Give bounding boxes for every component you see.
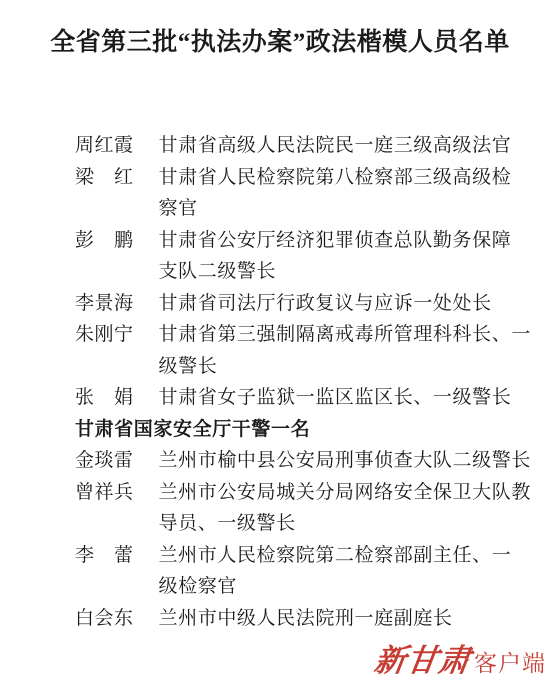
- list-item: 张 娟 甘肃省女子监狱一监区监区长、一级警长: [75, 382, 542, 414]
- person-title: 甘肃省女子监狱一监区监区长、一级警长: [159, 382, 542, 414]
- person-name: 曾祥兵: [75, 477, 134, 509]
- person-title: 兰州市人民检察院第二检察部副主任、一 级检察官: [159, 540, 542, 603]
- section-subheading: 甘肃省国家安全厅干警一名: [75, 414, 542, 446]
- person-name: 周红霞: [75, 130, 134, 162]
- person-title: 兰州市公安局城关分局网络安全保卫大队教 导员、一级警长: [159, 477, 542, 540]
- list-item: 曾祥兵 兰州市公安局城关分局网络安全保卫大队教 导员、一级警长: [75, 477, 542, 540]
- list-item: 梁 红 甘肃省人民检察院第八检察部三级高级检 察官: [75, 162, 542, 225]
- list-item: 李 蕾 兰州市人民检察院第二检察部副主任、一 级检察官: [75, 540, 542, 603]
- honor-list: 周红霞 甘肃省高级人民法院民一庭三级高级法官 梁 红 甘肃省人民检察院第八检察部…: [75, 130, 542, 634]
- client-label: 客户端: [474, 645, 546, 678]
- person-name: 李景海: [75, 288, 134, 320]
- list-item: 朱刚宁 甘肃省第三强制隔离戒毒所管理科科长、一 级警长: [75, 319, 542, 382]
- person-title: 甘肃省高级人民法院民一庭三级高级法官: [159, 130, 542, 162]
- document-page: 全省第三批“执法办案”政法楷模人员名单 周红霞 甘肃省高级人民法院民一庭三级高级…: [0, 0, 560, 690]
- list-item: 金琰雷 兰州市榆中县公安局刑事侦查大队二级警长: [75, 445, 542, 477]
- person-name: 彭 鹏: [75, 225, 134, 257]
- page-title: 全省第三批“执法办案”政法楷模人员名单: [8, 28, 552, 58]
- list-item: 彭 鹏 甘肃省公安厅经济犯罪侦查总队勤务保障 支队二级警长: [75, 225, 542, 288]
- list-item: 周红霞 甘肃省高级人民法院民一庭三级高级法官: [75, 130, 542, 162]
- person-title: 甘肃省第三强制隔离戒毒所管理科科长、一 级警长: [159, 319, 542, 382]
- person-name: 梁 红: [75, 162, 134, 194]
- person-title: 甘肃省人民检察院第八检察部三级高级检 察官: [159, 162, 542, 225]
- person-title: 甘肃省公安厅经济犯罪侦查总队勤务保障 支队二级警长: [159, 225, 542, 288]
- person-title: 甘肃省司法厅行政复议与应诉一处处长: [159, 288, 542, 320]
- person-name: 金琰雷: [75, 445, 134, 477]
- person-title: 兰州市榆中县公安局刑事侦查大队二级警长: [159, 445, 542, 477]
- person-title: 兰州市中级人民法院刑一庭副庭长: [159, 603, 542, 635]
- list-item: 白会东 兰州市中级人民法院刑一庭副庭长: [75, 603, 542, 635]
- person-name: 李 蕾: [75, 540, 134, 572]
- person-name: 朱刚宁: [75, 319, 134, 351]
- person-name: 白会东: [75, 603, 134, 635]
- brand-logo: 新甘肃 客户端: [375, 635, 546, 680]
- person-name: 张 娟: [75, 382, 134, 414]
- xin-gansu-logo-text: 新甘肃: [372, 635, 474, 680]
- list-item: 李景海 甘肃省司法厅行政复议与应诉一处处长: [75, 288, 542, 320]
